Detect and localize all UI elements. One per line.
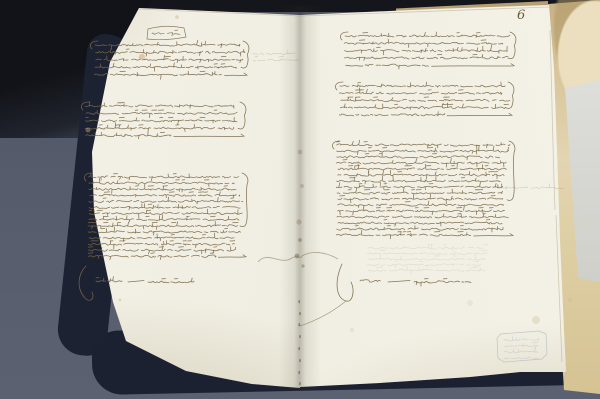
manuscript-photo: 6 [0,0,600,399]
folio-number: 6 [517,8,537,24]
